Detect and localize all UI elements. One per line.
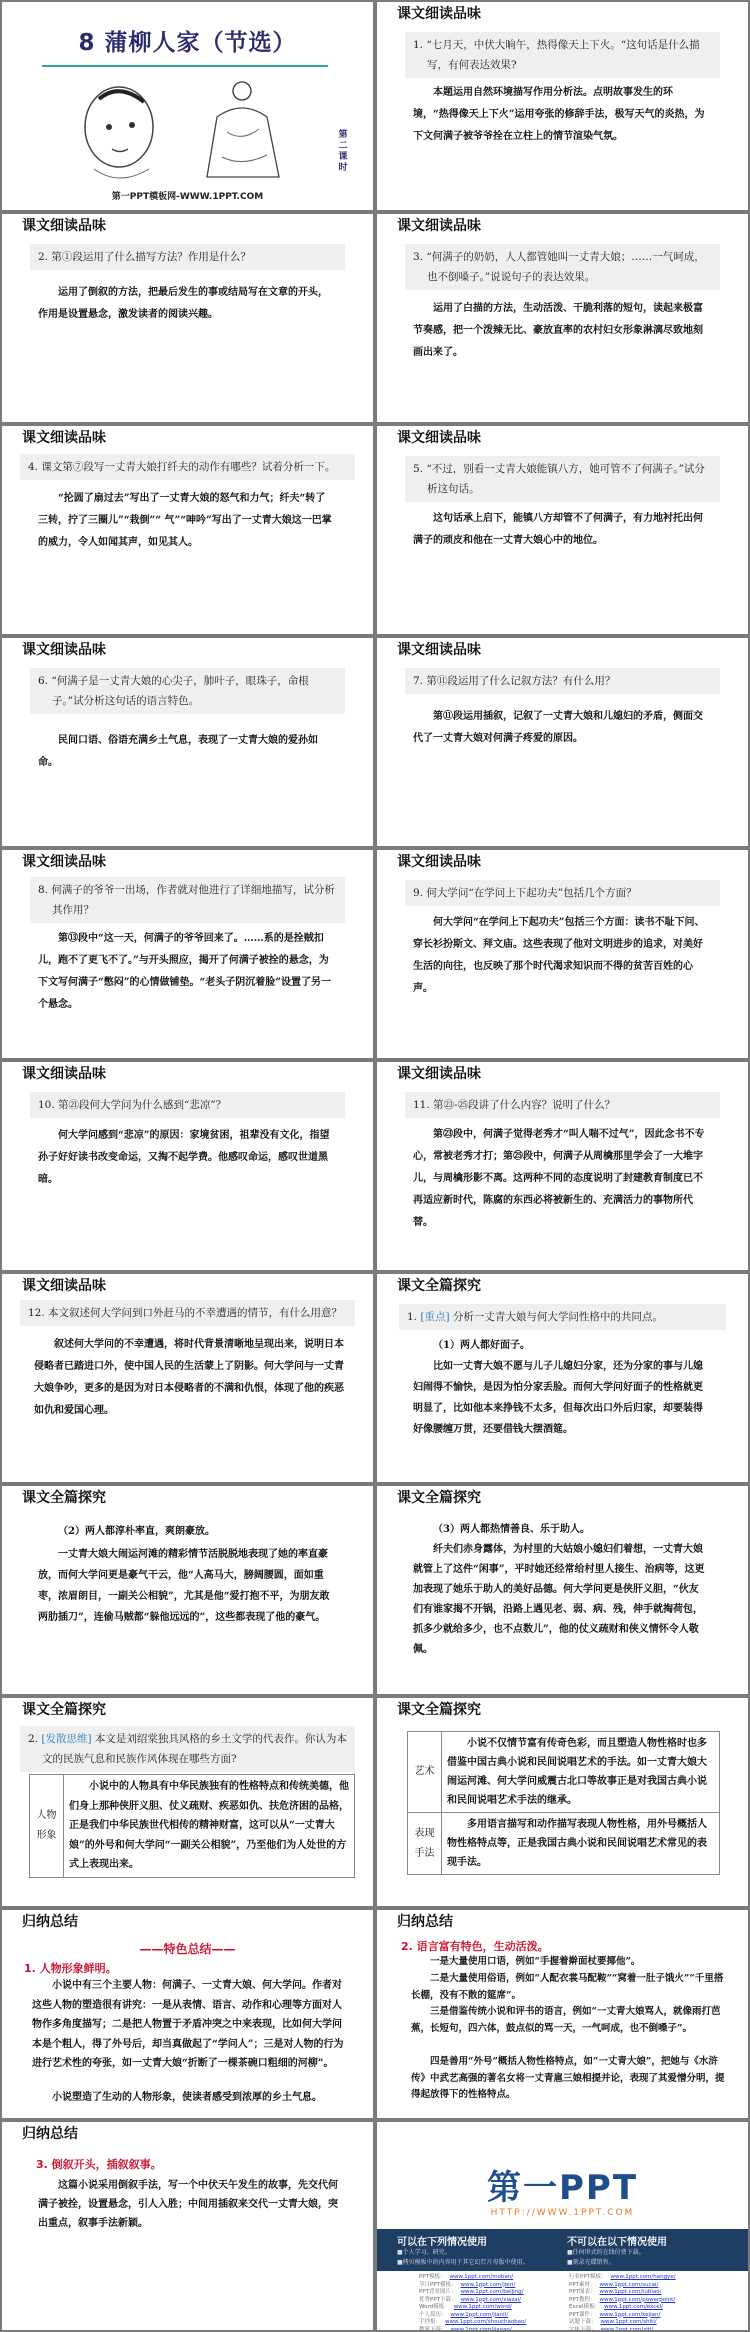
summary-point-heading: 3. 倒叙开头，插叙叙事。 [36,2156,162,2172]
question-box: 1. [重点] 分析一丈青大娘与何大学问性格中的共同点。 [399,1304,726,1330]
row-label: 表现手法 [408,1813,442,1875]
question-box: 4. 课文第⑦段写一丈青大娘打纤夫的动作有哪些？试着分析一下。 [20,454,355,480]
question-box: 6. “何满子是一丈青大娘的心尖子，肺叶子，眼珠子，命根子。”试分析这句话的语言… [30,668,345,714]
link-label: 教案下载： [419,2327,447,2332]
focus-tag: [重点] [420,1311,449,1323]
question-number: 1. [407,1311,417,1323]
point-body: 纤夫们赤身露体，为村里的大姑娘小媳妇们着想，一丈青大娘就管上了这件“闲事”，平时… [413,1540,708,1660]
feature-summary-banner: ——特色总结—— [2,1940,373,1957]
question-box: 10. 第㉑段何大学问为什么感到“悲凉”？ [30,1092,345,1118]
summary-item: 一是大量使用口语，例如“手握着擀面杖要揶他”。 [411,1954,726,1971]
link[interactable]: www.1ppt.com/shouchaobao/ [445,2319,526,2325]
section-title: 课文细读品味 [22,215,106,235]
point-heading: （2）两人都淳朴率直，爽朗豪放。 [38,1522,333,1542]
link-label: 优秀PPT下载： [419,2297,457,2303]
slide-q7[interactable]: 课文细读品味 7. 第⑪段运用了什么记叙方法？有什么用？ 第⑪段运用插叙，记叙了… [375,636,750,848]
slide-q9[interactable]: 课文细读品味 9. 何大学问“在学问上下起功夫”包括几个方面？ 何大学问“在学问… [375,848,750,1060]
link-row: PPT图表：www.1ppt.com/tubiao/ [569,2289,676,2297]
question-box: 8. 何满子的爷爷一出场，作者就对他进行了详细地描写，试分析其作用？ [30,877,345,923]
link-label: PPT模板： [419,2274,446,2280]
slide-q11[interactable]: 课文细读品味 11. 第㉓-㉕段讲了什么内容？说明了什么？ 第㉓段中，何满子觉得… [375,1060,750,1272]
cannot-use-title: 不可以在以下情况使用 [567,2233,737,2248]
link-row: 个人简历：www.1ppt.com/jianli/ [419,2312,526,2320]
section-title: 归纳总结 [397,1911,453,1931]
link-row: PPT素材：www.1ppt.com/sucai/ [569,2282,676,2290]
cover-footer: 第一PPT模板网-WWW.1PPT.COM [2,189,373,202]
section-title: 课文全篇探究 [397,1699,481,1719]
question-box: 2. [发散思维] 本文是刘绍棠独具风格的乡土文学的代表作。你认为本文的民族气息… [20,1726,355,1772]
question-box: 12. 本文叙述何大学问到口外赶马的不幸遭遇的情节，有什么用意？ [20,1300,355,1326]
section-title: 课文细读品味 [397,1063,481,1083]
section-title: 课文细读品味 [22,1063,106,1083]
style-table: 艺术 小说不仅情节富有传奇色彩，而且塑造人物性格时也多借鉴中国古典小说和民间说唱… [407,1731,720,1875]
link-label: PPT背景图片： [419,2289,457,2295]
cover-title: 8 蒲柳人家（节选） [2,24,373,57]
slide-q6[interactable]: 课文细读品味 6. “何满子是一丈青大娘的心尖子，肺叶子，眼珠子，命根子。”试分… [0,636,375,848]
link-label: Word模板： [419,2304,450,2310]
cannot-use-item: ■刻录光碟销售。 [567,2258,737,2268]
link-label: 节日PPT模板： [419,2282,457,2288]
link[interactable]: www.1ppt.com/word/ [454,2304,512,2310]
question-text: 分析一丈青大娘与何大学问性格中的共同点。 [453,1311,663,1323]
summary-item: 四是善用“外号”概括人物性格特点，如“一丈青大娘”，把她与《水浒传》中武艺高强的… [411,2054,726,2104]
slide-q12[interactable]: 课文细读品味 12. 本文叙述何大学问到口外赶马的不幸遭遇的情节，有什么用意？ … [0,1272,375,1484]
answer-text: 第⑬段中“这一天，何满子的爷爷回来了。……系的是拴贼扣儿，跑不了更飞不了。”与开… [38,928,333,1016]
answer-text: 何大学问“在学问上下起功夫”包括三个方面：读书不耻下问、穿长衫扮斯文、拜文庙。这… [413,912,708,1000]
section-title: 课文细读品味 [397,215,481,235]
slide-q2[interactable]: 课文细读品味 2. 第①段运用了什么描写方法？作用是什么？ 运用了倒叙的方法，把… [0,212,375,424]
question-number: 2. [28,1733,38,1745]
row-label: 人物形象 [30,1775,64,1878]
answer-text: 第⑪段运用插叙，记叙了一丈青大娘和儿媳妇的矛盾，侧面交代了一丈青大娘对何满子疼爱… [413,706,708,750]
can-use-item: ■拷贝模板中的内容用于其它幻灯片母版中使用。 [397,2258,567,2268]
site-url[interactable]: HTTP://WWW.1PPT.COM [377,2208,748,2218]
section-title: 课文细读品味 [397,427,481,447]
slide-inquiry-3[interactable]: 课文全篇探究 （3）两人都热情善良、乐于助人。 纤夫们赤身露体，为村里的大姑娘小… [375,1484,750,1696]
slide-inquiry-5[interactable]: 课文全篇探究 艺术 小说不仅情节富有传奇色彩，而且塑造人物性格时也多借鉴中国古典… [375,1696,750,1908]
table-row: 表现手法 多用语言描写和动作描写表现人物性格，用外号概括人物性格特点等，正是我国… [408,1813,720,1875]
slide-q5[interactable]: 课文细读品味 5. “不过，别看一丈青大娘能镇八方，她可管不了何满子。”试分析这… [375,424,750,636]
slide-q4[interactable]: 课文细读品味 4. 课文第⑦段写一丈青大娘打纤夫的动作有哪些？试着分析一下。 “… [0,424,375,636]
link[interactable]: www.1ppt.com/excel/ [604,2304,663,2310]
link[interactable]: www.1ppt.com/hangye/ [611,2274,676,2280]
link-label: PPT课件： [569,2312,596,2318]
summary-point-heading: 1. 人物形象鲜明。 [24,1960,117,1976]
link[interactable]: www.1ppt.com/kejian/ [600,2312,661,2318]
answer-text: 本题运用自然环境描写作用分析法。点明故事发生的环境，“热得像天上下火”运用夸张的… [413,82,708,148]
section-title: 课文细读品味 [22,1275,106,1295]
answer-text: 运用了倒叙的方法，把最后发生的事或结局写在文章的开头，作用是设置悬念，激发读者的… [38,282,333,326]
question-box: 2. 第①段运用了什么描写方法？作用是什么？ [30,244,345,270]
cannot-use-item: ■任何形式的在线付费下载。 [567,2248,737,2258]
link-row: PPT模板：www.1ppt.com/moban/ [419,2274,526,2282]
table-row: 艺术 小说不仅情节富有传奇色彩，而且塑造人物性格时也多借鉴中国古典小说和民间说唱… [408,1732,720,1813]
slide-q8[interactable]: 课文细读品味 8. 何满子的爷爷一出场，作者就对他进行了详细地描写，试分析其作用… [0,848,375,1060]
title-underline [42,65,328,67]
summary-item: 二是大量使用俗语，例如“人配衣裳马配鞍”“窝着一肚子饿火”“千里搭长棚，没有不散… [411,1971,726,2004]
section-title: 课文细读品味 [397,639,481,659]
question-box: 7. 第⑪段运用了什么记叙方法？有什么用？ [405,668,720,694]
link-row: 试题下载：www.1ppt.com/shiti/ [569,2319,676,2327]
link-row: 教案下载：www.1ppt.com/jiaoan/ [419,2327,526,2332]
usage-band: 可以在下列情况使用 ■个人学习、研究。 ■拷贝模板中的内容用于其它幻灯片母版中使… [377,2229,748,2271]
link[interactable]: www.1ppt.com/beijing/ [461,2289,524,2295]
link-row: 优秀PPT下载：www.1ppt.com/xiazai/ [419,2297,526,2305]
summary-item: 三是借鉴传统小说和评书的语言，例如“一丈青大娘骂人，就像雨打芭蕉，长短句，四六体… [411,2004,726,2037]
section-title: 课文全篇探究 [22,1487,106,1507]
link-label: 行业PPT模板： [569,2274,607,2280]
can-use-title: 可以在下列情况使用 [397,2233,567,2248]
link[interactable]: www.1ppt.com/jianli/ [451,2312,509,2318]
link[interactable]: www.1ppt.com/xiazai/ [461,2297,522,2303]
answer-text: 这句话承上启下，能镇八方却管不了何满子，有力地衬托出何满子的顽皮和他在一丈青大娘… [413,508,708,552]
link-label: 试题下载： [569,2319,597,2325]
table-row: 人物形象 小说中的人物具有中华民族独有的性格特点和传统美德，他们身上那种侠肝义胆… [30,1775,355,1878]
section-title: 课文全篇探究 [22,1699,106,1719]
answer-text: 第㉓段中，何满子觉得老秀才“叫人喘不过气”，因此念书不专心，常被老秀才打；第㉕段… [413,1124,708,1234]
section-title: 课文细读品味 [22,851,106,871]
slide-summary-1[interactable]: 归纳总结 ——特色总结—— 1. 人物形象鲜明。 小说中有三个主要人物：何满子、… [0,1908,375,2120]
link-row: 手抄报：www.1ppt.com/shouchaobao/ [419,2319,526,2327]
elder-illustration-icon [197,77,287,187]
section-title: 课文细读品味 [397,3,481,23]
summary-point-body: 这篇小说采用倒叙手法，写一个中伏天午发生的故事，先交代何满子被拴，设置悬念，引人… [38,2176,343,2233]
link-row: Excel模板：www.1ppt.com/excel/ [569,2304,676,2312]
answer-text: 何大学问感到“悲凉”的原因：家境贫困，祖辈没有文化，指望孙子好好读书改变命运，又… [38,1125,333,1191]
slide-summary-3[interactable]: 归纳总结 3. 倒叙开头，插叙叙事。 这篇小说采用倒叙手法，写一个中伏天午发生的… [0,2120,375,2332]
link-label: PPT素材： [569,2282,596,2288]
can-use-item: ■个人学习、研究。 [397,2248,567,2258]
question-box: 11. 第㉓-㉕段讲了什么内容？说明了什么？ [405,1092,720,1118]
links-right: 行业PPT模板：www.1ppt.com/hangye/ PPT素材：www.1… [569,2274,676,2332]
section-title: 课文细读品味 [22,427,106,447]
point-heading: （1）两人都好面子。 [413,1336,708,1355]
slide-q10[interactable]: 课文细读品味 10. 第㉑段何大学问为什么感到“悲凉”？ 何大学问感到“悲凉”的… [0,1060,375,1272]
row-label: 艺术 [408,1732,442,1813]
row-text: 小说不仅情节富有传奇色彩，而且塑造人物性格时也多借鉴中国古典小说和民间说唱艺术的… [442,1732,720,1813]
section-title: 课文全篇探究 [397,1487,481,1507]
link-row: 行业PPT模板：www.1ppt.com/hangye/ [569,2274,676,2282]
slide-summary-2[interactable]: 归纳总结 2. 语言富有特色，生动活泼。 一是大量使用口语，例如“手握着擀面杖要… [375,1908,750,2120]
link-label: Excel模板： [569,2304,600,2310]
link-label: PPT图表： [569,2289,596,2295]
link[interactable]: www.1ppt.com/jieri/ [461,2282,516,2288]
slide-q1[interactable]: 课文细读品味 1. “七月天，中伏大晌午，热得像天上下火。“这句话是什么描写，有… [375,0,750,212]
site-logo: 第一PPT [377,2160,748,2209]
can-use-column: 可以在下列情况使用 ■个人学习、研究。 ■拷贝模板中的内容用于其它幻灯片母版中使… [397,2233,567,2268]
slide-cover[interactable]: 8 蒲柳人家（节选） 第二课时 第一PPT模板网-WWW.1PPT.COM [0,0,375,212]
trait-table: 人物形象 小说中的人物具有中华民族独有的性格特点和传统美德，他们身上那种侠肝义胆… [29,1774,355,1878]
slide-inquiry-1[interactable]: 课文全篇探究 1. [重点] 分析一丈青大娘与何大学问性格中的共同点。 （1）两… [375,1272,750,1484]
slide-q3[interactable]: 课文细读品味 3. “何满子的奶奶，人人都管她叫一丈青大娘；……一气呵成，也不倒… [375,212,750,424]
slide-grid: 8 蒲柳人家（节选） 第二课时 第一PPT模板网-WWW.1PPT.COM 课文… [0,0,750,2332]
section-title: 归纳总结 [22,2123,78,2143]
links-left: PPT模板：www.1ppt.com/moban/ 节日PPT模板：www.1p… [419,2274,526,2332]
link[interactable]: www.1ppt.com/sucai/ [600,2282,659,2288]
child-illustration-icon [74,77,164,187]
section-title: 归纳总结 [22,1911,78,1931]
link-label: 手抄报： [419,2319,441,2325]
answer-text: 叙述何大学问的不幸遭遇，将时代背景清晰地呈现出来，说明日本侵略者已踏进口外，使中… [34,1334,351,1422]
question-box: 3. “何满子的奶奶，人人都管她叫一丈青大娘；……一气呵成，也不倒嗓子。”说说句… [405,244,720,290]
section-title: 课文细读品味 [397,851,481,871]
section-title: 课文细读品味 [22,639,106,659]
answer-text: 民间口语、俗语充满乡土气息，表现了一丈青大娘的爱孙如命。 [38,730,333,774]
link-label: PPT教程： [569,2297,596,2303]
point-body: 一丈青大娘大闹运河滩的精彩情节活脱脱地表现了她的率直豪放，而何大学问更是豪气干云… [38,1544,333,1628]
link-row: 字体下载：www.1ppt.com/ziti/ [569,2327,676,2332]
link[interactable]: www.1ppt.com/jiaoan/ [451,2327,512,2332]
summary-point-body: 小说中有三个主要人物：何满子、一丈青大娘、何大学问。作者对这些人物的塑造很有讲究… [32,1976,351,2074]
summary-point-heading: 2. 语言富有特色，生动活泼。 [401,1938,549,1954]
link[interactable]: www.1ppt.com/powerpoint/ [600,2297,676,2303]
question-box: 5. “不过，别看一丈青大娘能镇八方，她可管不了何满子。”试分析这句话。 [405,456,720,502]
link-row: Word模板：www.1ppt.com/word/ [419,2304,526,2312]
slide-end[interactable]: 第一PPT HTTP://WWW.1PPT.COM 可以在下列情况使用 ■个人学… [375,2120,750,2332]
summary-point-conclusion: 小说塑造了生动的人物形象，使读者感受到浓厚的乡土气息。 [32,2088,351,2108]
row-text: 小说中的人物具有中华民族独有的性格特点和传统美德，他们身上那种侠肝义胆、仗义疏财… [64,1775,355,1878]
answer-text: “抡圆了扇过去”写出了一丈青大娘的怒气和力气；纤夫“转了三转，拧了三圈儿”“栽倒… [38,488,333,554]
section-title: 课文全篇探究 [397,1275,481,1295]
link-row: PPT教程：www.1ppt.com/powerpoint/ [569,2297,676,2305]
divergent-thinking-tag: [发散思维] [41,1733,91,1745]
point-body: 比如一丈青大娘不愿与儿子儿媳妇分家，还为分家的事与儿媳妇闹得不愉快，是因为怕分家… [413,1356,708,1440]
link[interactable]: www.1ppt.com/ziti/ [601,2327,654,2332]
link-row: PPT课件：www.1ppt.com/kejian/ [569,2312,676,2320]
slide-inquiry-2[interactable]: 课文全篇探究 （2）两人都淳朴率直，爽朗豪放。 一丈青大娘大闹运河滩的精彩情节活… [0,1484,375,1696]
row-text: 多用语言描写和动作描写表现人物性格，用外号概括人物性格特点等，正是我国古典小说和… [442,1813,720,1875]
link-row: 节日PPT模板：www.1ppt.com/jieri/ [419,2282,526,2290]
link-label: 字体下载： [569,2327,597,2332]
point-heading: （3）两人都热情善良、乐于助人。 [413,1520,708,1540]
question-box: 1. “七月天，中伏大晌午，热得像天上下火。“这句话是什么描写，有何表达效果? [405,32,720,78]
lesson-period-label: 第二课时 [337,130,349,174]
answer-text: 运用了白描的方法，生动活泼、干脆利落的短句，读起来极富节奏感，把一个泼辣无比、豪… [413,298,708,364]
cannot-use-column: 不可以在以下情况使用 ■任何形式的在线付费下载。 ■刻录光碟销售。 [567,2233,737,2268]
link[interactable]: www.1ppt.com/shiti/ [601,2319,657,2325]
slide-inquiry-4[interactable]: 课文全篇探究 2. [发散思维] 本文是刘绍棠独具风格的乡土文学的代表作。你认为… [0,1696,375,1908]
link-label: 个人简历： [419,2312,447,2318]
link[interactable]: www.1ppt.com/tubiao/ [600,2289,662,2295]
link[interactable]: www.1ppt.com/moban/ [450,2274,514,2280]
question-box: 9. 何大学问“在学问上下起功夫”包括几个方面？ [405,880,720,906]
link-row: PPT背景图片：www.1ppt.com/beijing/ [419,2289,526,2297]
